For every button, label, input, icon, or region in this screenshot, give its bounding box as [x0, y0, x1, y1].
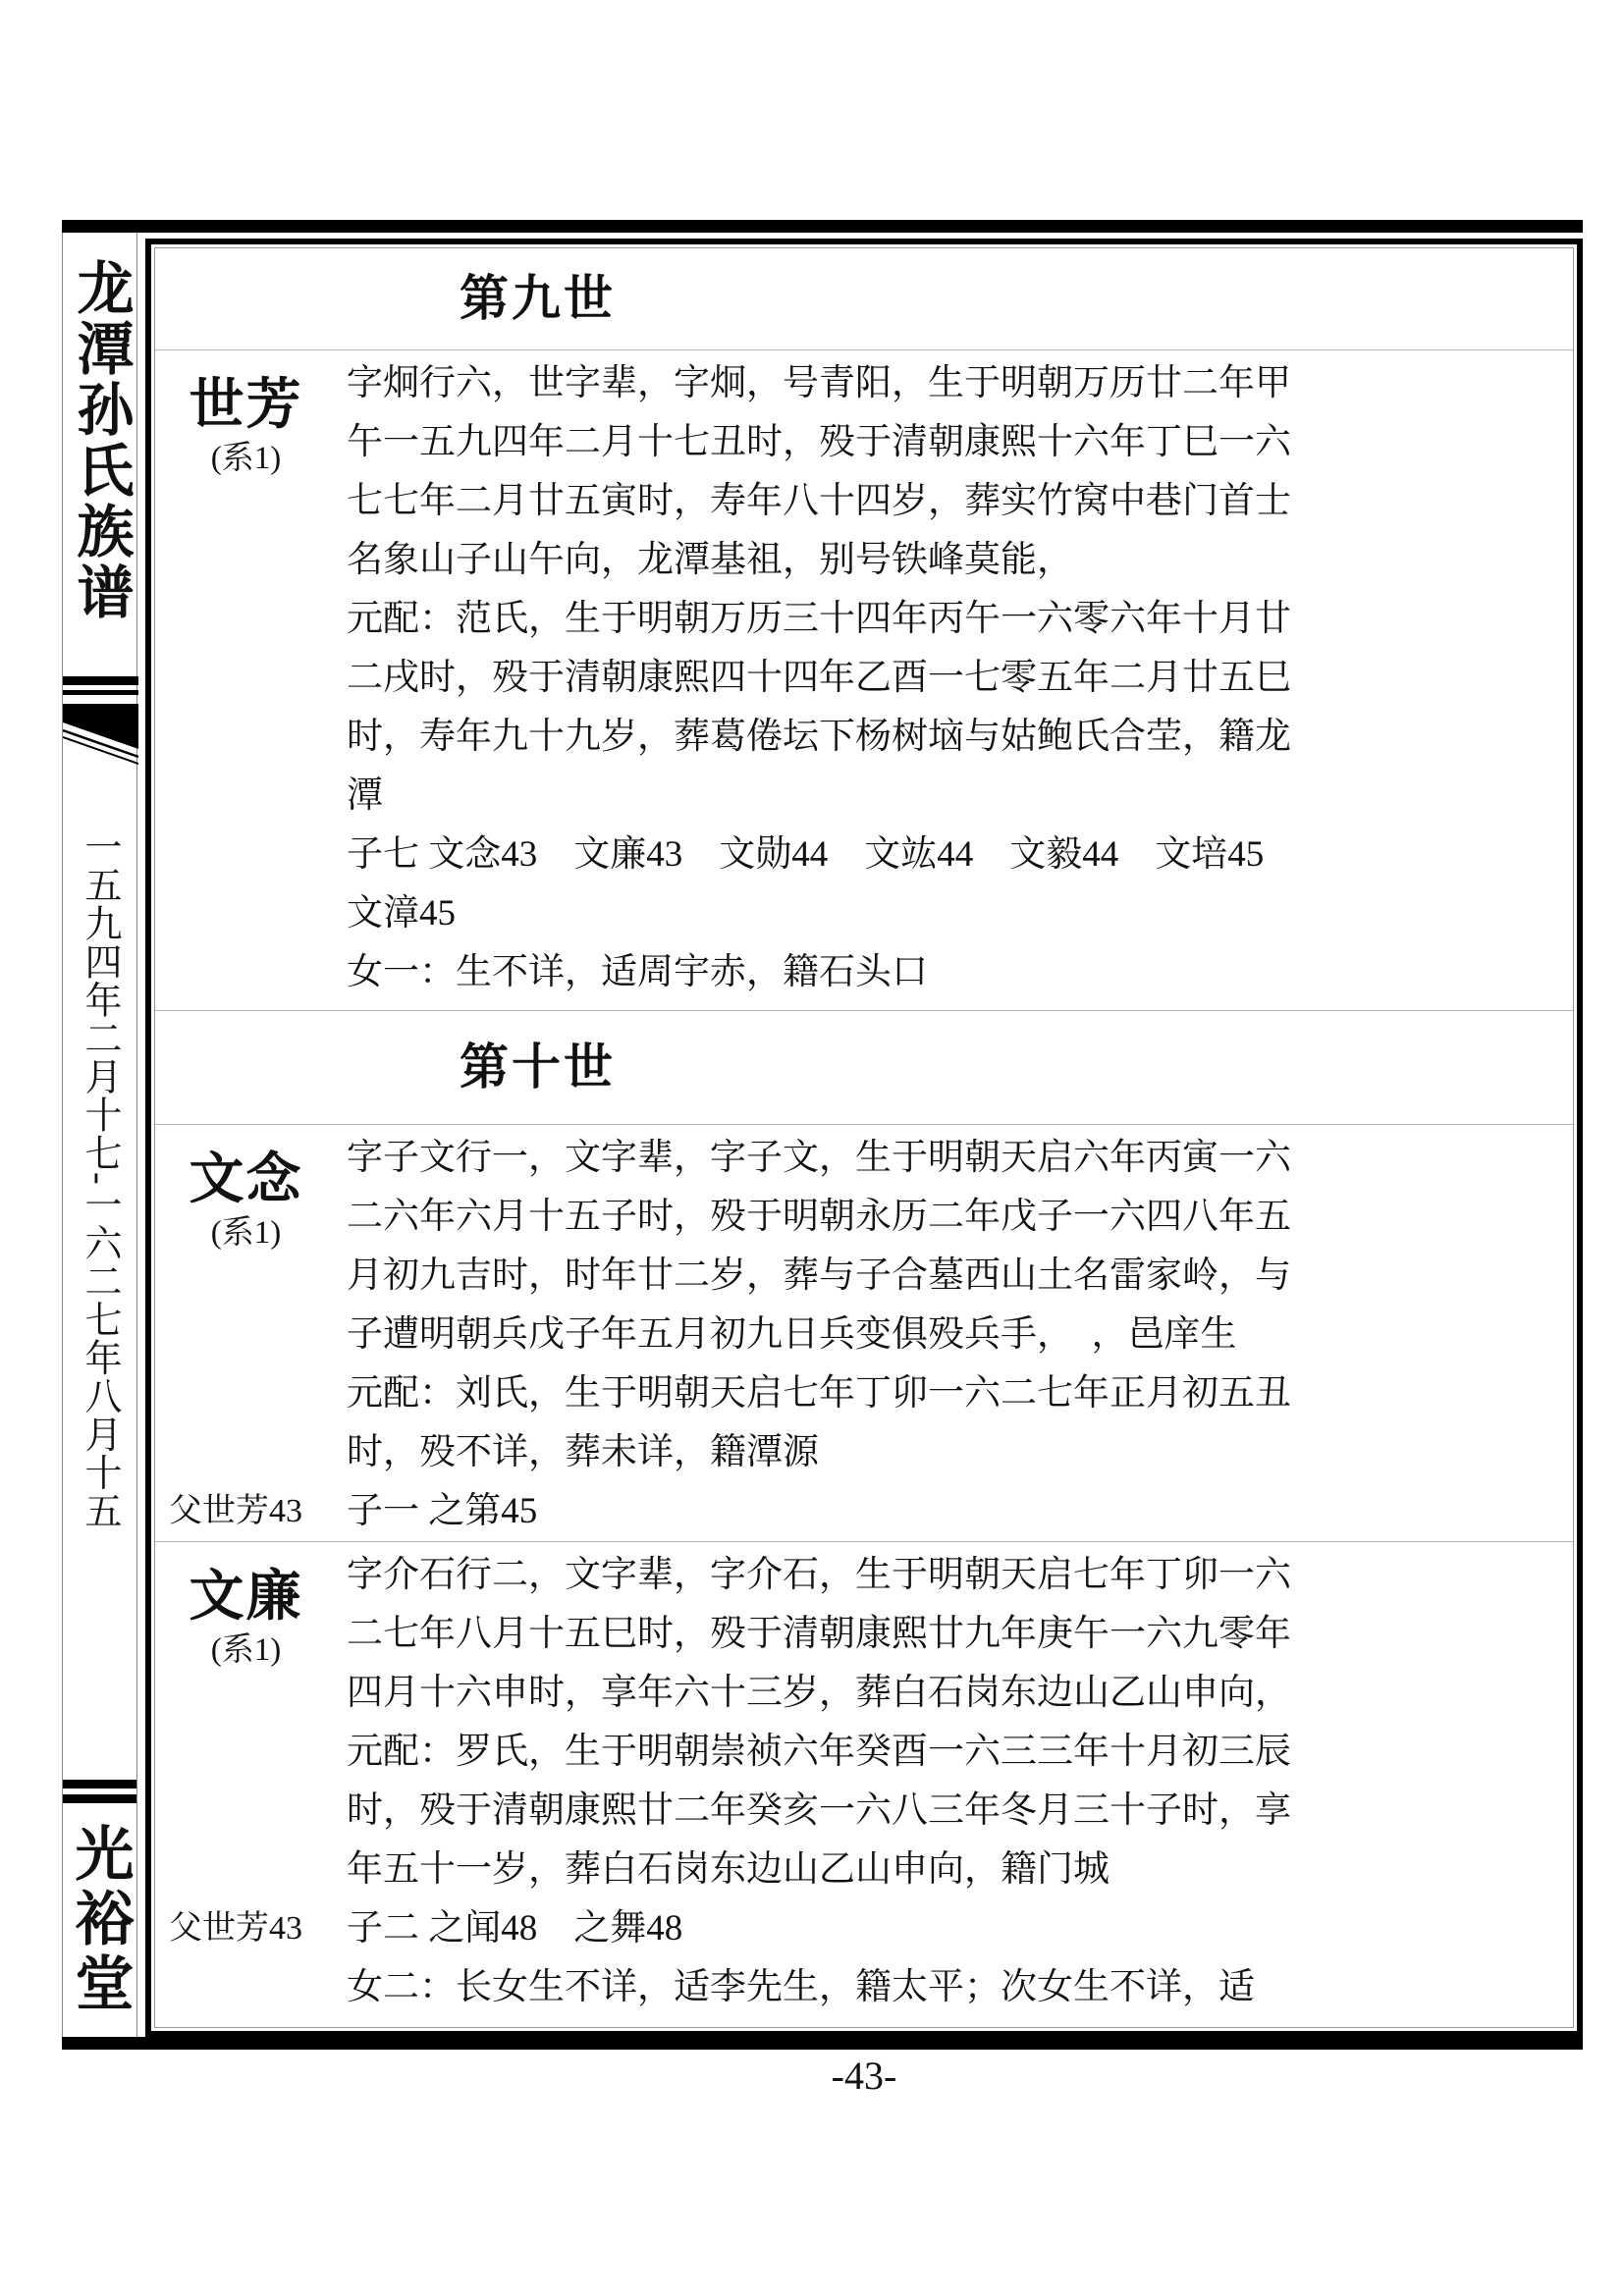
generation-section-10: 第十世: [155, 1011, 1573, 1125]
bottom-border-bar: [62, 2037, 1583, 2050]
entry-shifang: 世芳 (系1) 字炯行六，世字辈，字炯，号青阳，生于明朝万历廿二年甲 午一五九四…: [155, 350, 1573, 1011]
entry-lineage-label: (系1): [155, 1629, 337, 1672]
entry-body-line: 女一：生不详，适周宇赤，籍石头口: [347, 943, 1553, 1002]
entry-body-line: 午一五九四年二月十七丑时，殁于清朝康熙十六年丁巳一六: [347, 413, 1553, 472]
entry-lineage-label: (系1): [155, 1211, 337, 1255]
generation-header-10: 第十世: [155, 1011, 1573, 1124]
entry-body-line: 七七年二月廿五寅时，寿年八十四岁，葬实竹窝中巷门首士: [347, 472, 1553, 531]
entry-body-line: 时，寿年九十九岁，葬葛倦坛下杨树垴与姑鲍氏合茔，籍龙: [347, 708, 1553, 767]
generation-section-9: 第九世: [155, 248, 1573, 350]
entry-body-line: 时，殁于清朝康熙廿二年癸亥一六八三年冬月三十子时，享: [347, 1782, 1553, 1841]
entry-body-line: 子一 之第45: [347, 1482, 1553, 1541]
entry-body-line: 子二 之闻48 之舞48: [347, 1899, 1553, 1958]
entry-body-line: 潭: [347, 767, 1553, 826]
entry-body: 字介石行二，文字辈，字介石，生于明朝天启七年丁卯一六 二七年八月十五巳时，殁于清…: [347, 1546, 1553, 2017]
entry-body-line: 年五十一岁，葬白石岗东边山乙山申向，籍门城: [347, 1841, 1553, 1899]
entry-body: 字炯行六，世字辈，字炯，号青阳，生于明朝万历廿二年甲 午一五九四年二月十七丑时，…: [347, 354, 1553, 1002]
top-border-bar: [62, 220, 1583, 233]
entry-body-line: 字炯行六，世字辈，字炯，号青阳，生于明朝万历廿二年甲: [347, 354, 1553, 413]
entry-lineage-label: (系1): [155, 437, 337, 480]
sidebar-hall-name-vertical: 光裕堂: [58, 1823, 142, 2017]
entry-body-line: 二六年六月十五子时，殁于明朝永历二年戊子一六四八年五: [347, 1188, 1553, 1247]
main-content: 第九世 世芳 (系1) 字炯行六，世字辈，字炯，号青阳，生于明朝万历廿二年甲 午…: [155, 248, 1573, 2027]
sidebar-divider-bars-icon: [63, 1780, 136, 1803]
entry-wennian: 文念 (系1) 父世芳43 字子文行一，文字辈，字子文，生于明朝天启六年丙寅一六…: [155, 1125, 1573, 1542]
entry-body-line: 子七 文念43 文廉43 文勋44 文竑44 文毅44 文培45: [347, 826, 1553, 884]
entry-body-line: 时，殁不详，葬未详，籍潭源: [347, 1423, 1553, 1482]
entry-body-line: 子遭明朝兵戊子年五月初九日兵变俱殁兵手， ，邑庠生: [347, 1306, 1553, 1364]
entry-name-block: 世芳 (系1): [155, 374, 337, 480]
entry-body-line: 字子文行一，文字辈，字子文，生于明朝天启六年丙寅一六: [347, 1129, 1553, 1188]
sidebar-title-vertical: 龙潭孙氏族谱: [59, 258, 141, 623]
entry-body-line: 字介石行二，文字辈，字介石，生于明朝天启七年丁卯一六: [347, 1546, 1553, 1605]
entry-body-line: 四月十六申时，享年六十三岁，葬白石岗东边山乙山申向，: [347, 1664, 1553, 1723]
entry-name: 世芳: [155, 374, 337, 437]
main-frame: 第九世 世芳 (系1) 字炯行六，世字辈，字炯，号青阳，生于明朝万历廿二年甲 午…: [145, 239, 1583, 2037]
entry-name-block: 文廉 (系1): [155, 1566, 337, 1672]
entry-name: 文念: [155, 1148, 337, 1211]
entry-wenlian: 文廉 (系1) 父世芳43 字介石行二，文字辈，字介石，生于明朝天启七年丁卯一六…: [155, 1542, 1573, 2023]
father-reference-label: 父世芳43: [169, 1899, 302, 1958]
father-reference-label: 父世芳43: [169, 1482, 302, 1541]
entry-body-line: 名象山子山午向，龙潭基祖，别号铁峰莫能，: [347, 531, 1553, 590]
entry-body-line: 文漳45: [347, 884, 1553, 943]
sidebar: 龙潭孙氏族谱 一五九四年二月十七-一六二七年八月十五 光裕堂: [62, 233, 137, 2037]
generation-header-9: 第九世: [155, 248, 1573, 349]
entry-body-line: 月初九吉时，时年廿二岁，葬与子合墓西山土名雷家岭，与: [347, 1247, 1553, 1306]
sidebar-flag-decoration-icon: [63, 676, 136, 784]
entry-body-line: 二戌时，殁于清朝康熙四十四年乙酉一七零五年二月廿五巳: [347, 649, 1553, 708]
genealogy-page: 龙潭孙氏族谱 一五九四年二月十七-一六二七年八月十五 光裕堂 第九世: [0, 0, 1624, 2296]
entry-name: 文廉: [155, 1566, 337, 1629]
entry-body-line: 元配：范氏，生于明朝万历三十四年丙午一六零六年十月廿: [347, 590, 1553, 649]
entry-name-block: 文念 (系1): [155, 1148, 337, 1255]
page-number-footer: -43-: [145, 2052, 1583, 2101]
main-frame-inner-border: 第九世 世芳 (系1) 字炯行六，世字辈，字炯，号青阳，生于明朝万历廿二年甲 午…: [154, 247, 1574, 2028]
sidebar-date-range-vertical: 一五九四年二月十七-一六二七年八月十五: [73, 828, 127, 1530]
entry-body-line: 元配：刘氏，生于明朝天启七年丁卯一六二七年正月初五丑: [347, 1364, 1553, 1423]
entry-body-line: 元配：罗氏，生于明朝崇祯六年癸酉一六三三年十月初三辰: [347, 1723, 1553, 1782]
entry-body: 字子文行一，文字辈，字子文，生于明朝天启六年丙寅一六 二六年六月十五子时，殁于明…: [347, 1129, 1553, 1541]
entry-body-line: 女二：长女生不详，适李先生，籍太平；次女生不详，适: [347, 1958, 1553, 2017]
entry-body-line: 二七年八月十五巳时，殁于清朝康熙廿九年庚午一六九零年: [347, 1605, 1553, 1664]
